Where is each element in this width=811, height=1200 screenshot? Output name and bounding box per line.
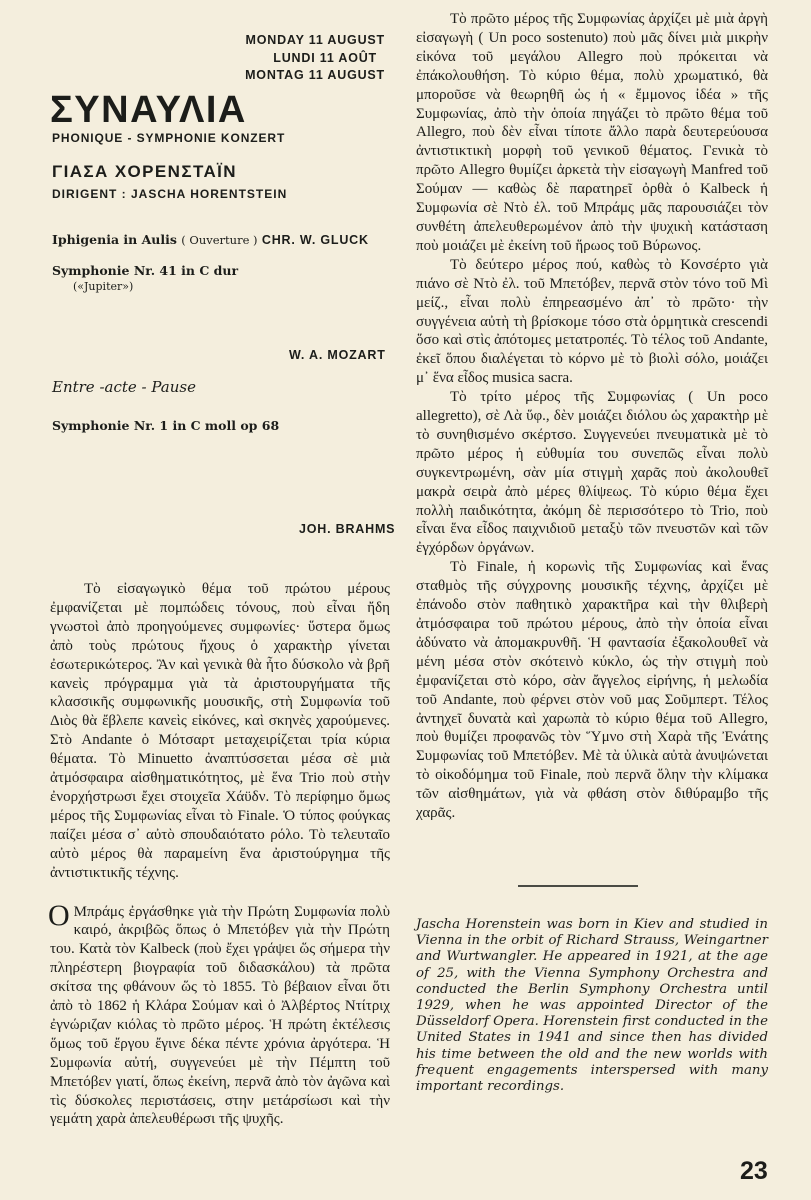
conductor-bio: Jascha Horenstein was born in Kiev and s… (416, 917, 768, 1095)
paragraph-third-movement: Τὸ τρίτο μέρος τῆς Συμφωνίας ( Un poco a… (416, 388, 768, 558)
bio-text: Jascha Horenstein was born in Kiev and s… (416, 917, 768, 1095)
section-divider (518, 885, 638, 887)
page-subtitle: PHONIQUE - SYMPHONIE KONZERT (52, 131, 285, 145)
drop-cap: Ο (48, 906, 70, 926)
program-item-mozart-title: Symphonie Nr. 41 in C dur (52, 263, 238, 278)
paragraph-brahms-history: ΟΜπράμς ἐργάσθηκε γιὰ τὴν Πρώτη Συμφωνία… (50, 903, 390, 1130)
composer-name: CHR. W. GLUCK (262, 233, 369, 247)
program-item-brahms-title: Symphonie Nr. 1 in C moll op 68 (52, 418, 279, 433)
left-column: Τὸ εἰσαγωγικὸ θέμα τοῦ πρώτου μέρους ἐμφ… (50, 580, 390, 1129)
page-number: 23 (740, 1157, 768, 1186)
date-english: MONDAY 11 AUGUST (200, 32, 385, 50)
program-item-gluck: Iphigenia in Aulis ( Ouverture ) CHR. W.… (52, 232, 369, 247)
conductor-name-greek: ΓΙΑΣΑ ΧΟΡΕΝΣΤΑΪΝ (52, 162, 237, 182)
concert-dates: MONDAY 11 AUGUST LUNDI 11 AOÛT MONTAG 11… (200, 32, 385, 85)
conductor-label: DIRIGENT : JASCHA HORENTSTEIN (52, 187, 287, 201)
date-german: MONTAG 11 AUGUST (200, 67, 385, 85)
program-page: MONDAY 11 AUGUST LUNDI 11 AOÛT MONTAG 11… (0, 0, 811, 1200)
work-nickname: («Jupiter») (73, 280, 133, 293)
paragraph-second-movement: Τὸ δεύτερο μέρος πού, καθὼς τὸ Κονσέρτο … (416, 256, 768, 388)
work-title: Iphigenia in Aulis (52, 232, 177, 247)
paragraph-text: Μπράμς ἐργάσθηκε γιὰ τὴν Πρώτη Συμφωνία … (50, 904, 390, 1128)
paragraph-finale: Τὸ Finale, ἡ κορωνὶς τῆς Συμφωνίας καὶ ἕ… (416, 558, 768, 823)
intermission: Entre -acte - Pause (52, 378, 196, 396)
composer-brahms: JOH. BRAHMS (299, 522, 395, 536)
right-column: Τὸ πρῶτο μέρος τῆς Συμφωνίας ἀρχίζει μὲ … (416, 10, 768, 823)
paragraph-mozart-notes: Τὸ εἰσαγωγικὸ θέμα τοῦ πρώτου μέρους ἐμφ… (50, 580, 390, 883)
work-note: ( Ouverture ) (181, 233, 257, 247)
paragraph-first-movement: Τὸ πρῶτο μέρος τῆς Συμφωνίας ἀρχίζει μὲ … (416, 10, 768, 256)
date-french: LUNDI 11 AOÛT (200, 50, 385, 68)
page-title: ΣΥΝΑΥΛΙΑ (50, 88, 247, 132)
composer-mozart: W. A. MOZART (289, 348, 386, 362)
